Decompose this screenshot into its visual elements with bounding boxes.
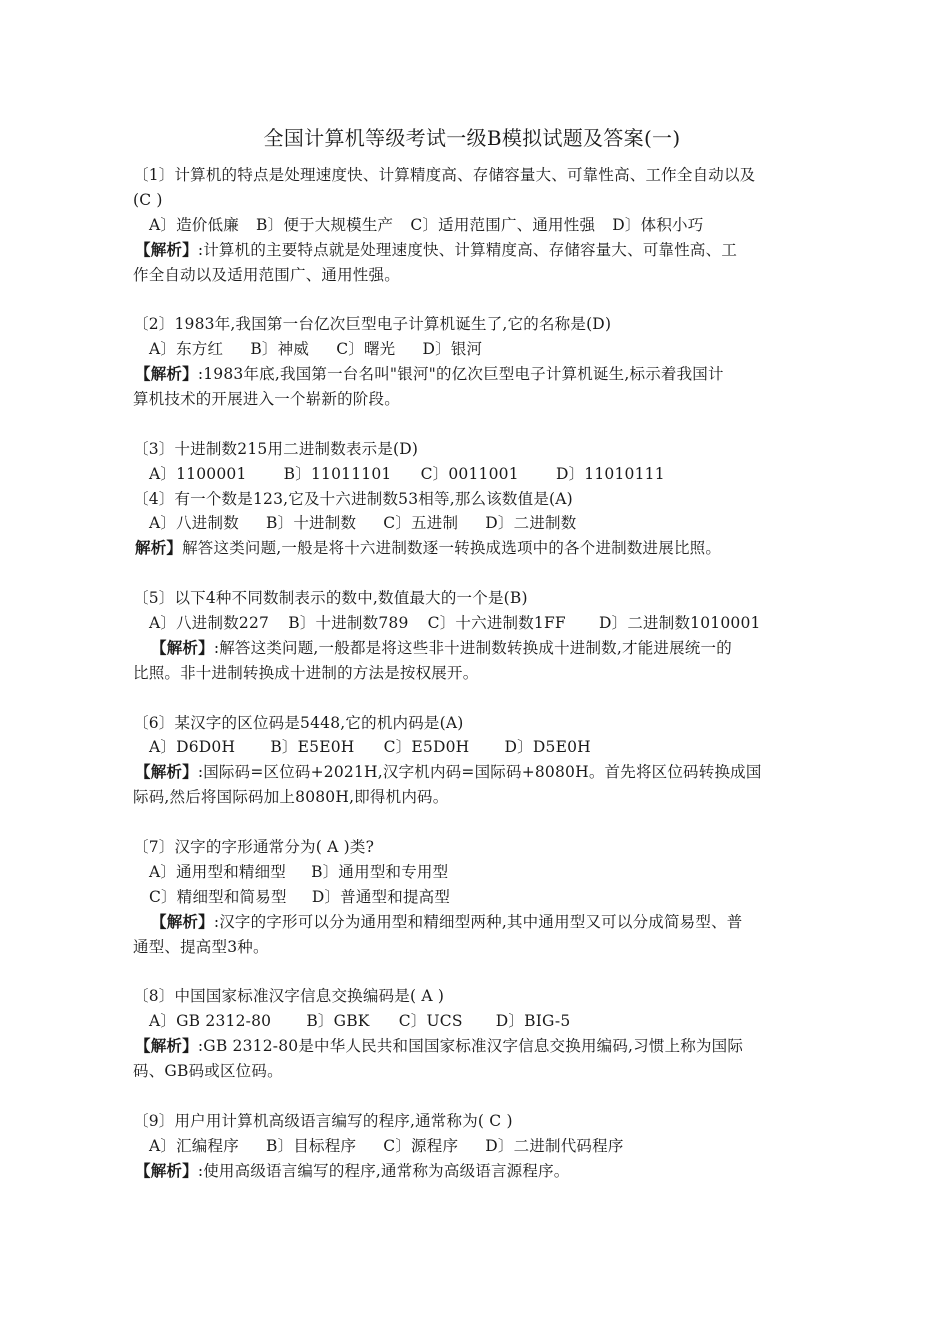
question-7: 〔7〕汉字的字形通常分为( A )类? A〕通用型和精细型 B〕通用型和专用型 … [133,835,803,959]
question-stem: 〔4〕有一个数是123,它及十六进制数53相等,那么该数值是(A) [133,487,803,512]
option-d: D〕普通型和提高型 [312,888,450,906]
question-stem: 〔2〕1983年,我国第一台亿次巨型电子计算机诞生了,它的名称是(D) [133,312,803,337]
question-options-row-2: C〕精细型和简易型 D〕普通型和提高型 [133,885,803,910]
analysis: 【解析】:GB 2312-80是中华人民共和国国家标准汉字信息交换用编码,习惯上… [133,1034,803,1059]
question-options: A〕GB 2312-80 B〕GBK C〕UCS D〕BIG-5 [133,1009,803,1034]
spacer [133,561,803,586]
question-options: A〕汇编程序 B〕目标程序 C〕源程序 D〕二进制代码程序 [133,1134,803,1159]
spacer [133,1084,803,1109]
analysis-text: :GB 2312-80是中华人民共和国国家标准汉字信息交换用编码,习惯上称为国际 [198,1037,743,1055]
question-5: 〔5〕以下4种不同数制表示的数中,数值最大的一个是(B) A〕八进制数227 B… [133,586,803,686]
option-a: A〕通用型和精细型 [149,863,286,881]
option-d: D〕银河 [423,340,483,358]
option-b: B〕便于大规模生产 [256,216,393,234]
analysis: 【解析】:计算机的主要特点就是处理速度快、计算精度高、存储容量大、可靠性高、工 [133,238,803,263]
analysis-continued: 通型、提高型3种。 [133,935,803,960]
option-c: C〕源程序 [383,1137,458,1155]
analysis-continued: 际码,然后将国际码加上8080H,即得机内码。 [133,785,803,810]
question-options: A〕八进制数227 B〕十进制数789 C〕十六进制数1FF D〕二进制数101… [133,611,803,636]
question-stem-continued: (C ) [133,188,803,213]
option-c: C〕适用范围广、通用性强 [410,216,595,234]
option-c: C〕UCS [399,1012,463,1030]
option-a: A〕GB 2312-80 [149,1012,271,1030]
question-stem: 〔5〕以下4种不同数制表示的数中,数值最大的一个是(B) [133,586,803,611]
option-d: D〕二进制代码程序 [485,1137,623,1155]
analysis-tag: 【解析】 [135,1161,198,1180]
option-a: A〕汇编程序 [149,1137,239,1155]
spacer [133,960,803,985]
question-1: 〔1〕计算机的特点是处理速度快、计算精度高、存储容量大、可靠性高、工作全自动以及… [133,163,803,287]
analysis-continued: 作全自动以及适用范围广、通用性强。 [133,263,803,288]
analysis-text: :计算机的主要特点就是处理速度快、计算精度高、存储容量大、可靠性高、工 [198,241,737,259]
option-c: C〕五进制 [383,514,458,532]
question-3: 〔3〕十进制数215用二进制数表示是(D) A〕1100001 B〕110111… [133,437,803,487]
option-b: B〕11011101 [284,465,392,483]
option-a: A〕东方红 [149,340,223,358]
option-d: D〕BIG-5 [496,1012,571,1030]
analysis-continued: 比照。非十进制转换成十进制的方法是按权展开。 [133,661,803,686]
question-options-row-1: A〕通用型和精细型 B〕通用型和专用型 [133,860,803,885]
spacer [133,686,803,711]
option-d: D〕二进制数 [485,514,576,532]
question-stem: 〔8〕中国国家标准汉字信息交换编码是( A ) [133,984,803,1009]
analysis: 【解析】:国际码=区位码+2021H,汉字机内码=国际码+8080H。首先将区位… [133,760,803,785]
option-b: B〕神威 [250,340,309,358]
option-c: C〕E5D0H [384,738,470,756]
option-a: A〕八进制数 [149,514,239,532]
option-a: A〕八进制数227 [149,614,269,632]
analysis-tag: 【解析】 [135,762,198,781]
question-2: 〔2〕1983年,我国第一台亿次巨型电子计算机诞生了,它的名称是(D) A〕东方… [133,312,803,412]
analysis-text: :解答这类问题,一般都是将这些非十进制数转换成十进制数,才能进展统一的 [214,639,732,657]
option-b: B〕目标程序 [266,1137,356,1155]
question-4: 〔4〕有一个数是123,它及十六进制数53相等,那么该数值是(A) A〕八进制数… [133,487,803,562]
question-8: 〔8〕中国国家标准汉字信息交换编码是( A ) A〕GB 2312-80 B〕G… [133,984,803,1084]
analysis-tag: 【解析】 [151,912,214,931]
analysis-text: :汉字的字形可以分为通用型和精细型两种,其中通用型又可以分成简易型、普 [214,913,743,931]
analysis-tag: 【解析】 [135,240,198,259]
document-page: 全国计算机等级考试一级B模拟试题及答案(一) 〔1〕计算机的特点是处理速度快、计… [133,124,803,1184]
analysis: 【解析】:使用高级语言编写的程序,通常称为高级语言源程序。 [133,1159,803,1184]
question-stem: 〔9〕用户用计算机高级语言编写的程序,通常称为( C ) [133,1109,803,1134]
analysis-text: :使用高级语言编写的程序,通常称为高级语言源程序。 [198,1162,570,1180]
spacer [133,810,803,835]
option-a: A〕造价低廉 [149,216,239,234]
question-9: 〔9〕用户用计算机高级语言编写的程序,通常称为( C ) A〕汇编程序 B〕目标… [133,1109,803,1184]
option-b: B〕十进制数789 [288,614,408,632]
analysis-text: :1983年底,我国第一台名叫"银河"的亿次巨型电子计算机诞生,标示着我国计 [198,365,724,383]
question-6: 〔6〕某汉字的区位码是5448,它的机内码是(A) A〕D6D0H B〕E5E0… [133,711,803,811]
document-title: 全国计算机等级考试一级B模拟试题及答案(一) [133,124,803,152]
option-c: C〕曙光 [336,340,395,358]
analysis-tag: 【解析】 [135,1036,198,1055]
question-options: A〕东方红 B〕神威 C〕曙光 D〕银河 [133,337,803,362]
option-d: D〕D5E0H [505,738,591,756]
option-d: D〕11010111 [556,465,665,483]
option-c: C〕0011001 [421,465,519,483]
spacer [133,287,803,312]
option-a: A〕1100001 [149,465,247,483]
option-a: A〕D6D0H [149,738,235,756]
question-stem: 〔7〕汉字的字形通常分为( A )类? [133,835,803,860]
analysis-tag: 【解析】 [151,638,214,657]
question-options: A〕造价低廉 B〕便于大规模生产 C〕适用范围广、通用性强 D〕体积小巧 [133,213,803,238]
analysis-tag: 【解析】 [135,364,198,383]
option-b: B〕十进制数 [266,514,356,532]
analysis-continued: 码、GB码或区位码。 [133,1059,803,1084]
option-b: B〕通用型和专用型 [311,863,448,881]
analysis: 【解析】:解答这类问题,一般都是将这些非十进制数转换成十进制数,才能进展统一的 [133,636,803,661]
analysis-tag: 解析】 [135,538,182,557]
option-d: D〕二进制数1010001 [599,614,761,632]
spacer [133,412,803,437]
question-options: A〕1100001 B〕11011101 C〕0011001 D〕1101011… [133,462,803,487]
analysis: 【解析】:1983年底,我国第一台名叫"银河"的亿次巨型电子计算机诞生,标示着我… [133,362,803,387]
analysis-text: :国际码=区位码+2021H,汉字机内码=国际码+8080H。首先将区位码转换成… [198,763,762,781]
question-options: A〕D6D0H B〕E5E0H C〕E5D0H D〕D5E0H [133,735,803,760]
option-b: B〕GBK [306,1012,369,1030]
question-stem: 〔1〕计算机的特点是处理速度快、计算精度高、存储容量大、可靠性高、工作全自动以及 [133,163,803,188]
question-stem: 〔6〕某汉字的区位码是5448,它的机内码是(A) [133,711,803,736]
analysis-continued: 算机技术的开展进入一个崭新的阶段。 [133,387,803,412]
option-c: C〕精细型和简易型 [149,888,287,906]
question-options: A〕八进制数 B〕十进制数 C〕五进制 D〕二进制数 [133,511,803,536]
question-stem: 〔3〕十进制数215用二进制数表示是(D) [133,437,803,462]
analysis: 解析】解答这类问题,一般是将十六进制数逐一转换成选项中的各个进制数进展比照。 [133,536,803,561]
analysis: 【解析】:汉字的字形可以分为通用型和精细型两种,其中通用型又可以分成简易型、普 [133,910,803,935]
option-d: D〕体积小巧 [612,216,703,234]
analysis-text: 解答这类问题,一般是将十六进制数逐一转换成选项中的各个进制数进展比照。 [182,539,721,557]
option-b: B〕E5E0H [270,738,354,756]
option-c: C〕十六进制数1FF [428,614,566,632]
